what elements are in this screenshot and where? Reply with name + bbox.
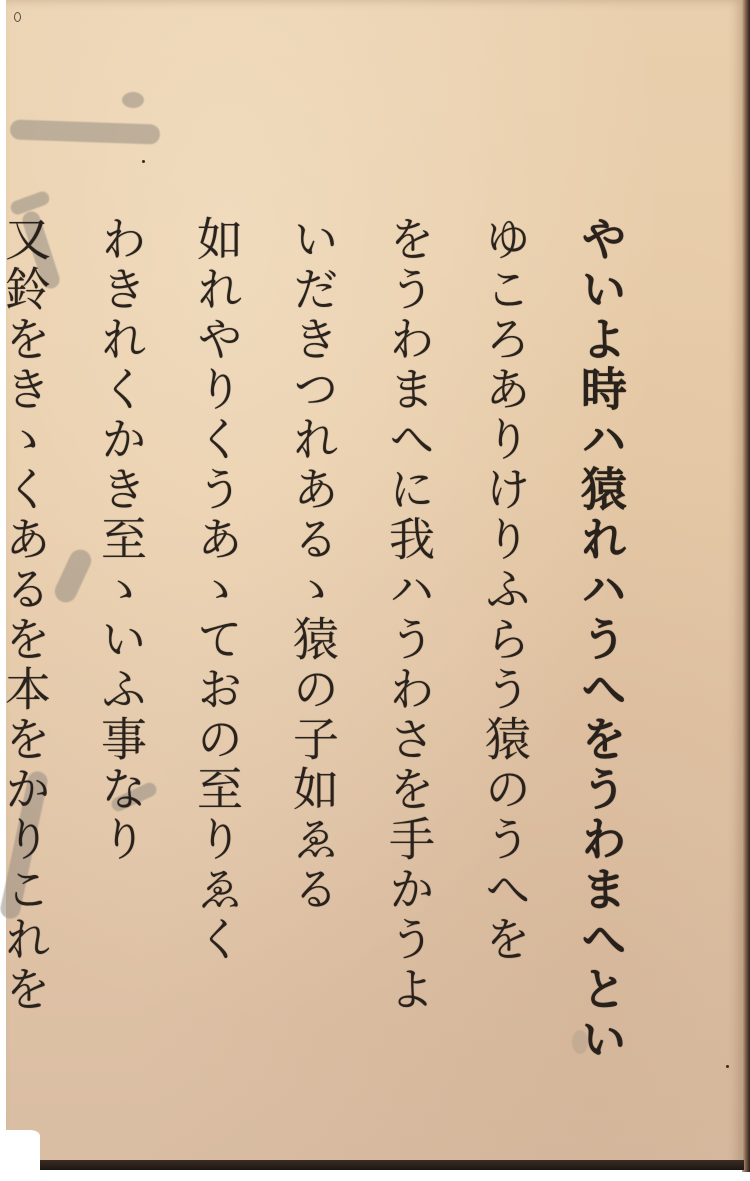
text-column-1: やいよ時ハ猿れハうへをうわまへとい — [554, 215, 624, 1135]
text-columns: やいよ時ハ猿れハうへをうわまへとい ゆころありけりふらう猿のうへを をうわまへに… — [0, 215, 624, 1135]
ink-spot — [142, 160, 145, 163]
text-column-6: わきれくかき至ゝいふ事なり — [74, 215, 144, 1135]
text-column-3: をうわまへに我ハうわさを手かうよ — [362, 215, 432, 1135]
paper-page: やいよ時ハ猿れハうへをうわまへとい ゆころありけりふらう猿のうへを をうわまへに… — [6, 0, 744, 1170]
ink-spot — [726, 1065, 729, 1068]
water-stain — [10, 119, 161, 144]
torn-corner — [6, 1130, 40, 1170]
scanned-page: やいよ時ハ猿れハうへをうわまへとい ゆころありけりふらう猿のうへを をうわまへに… — [0, 0, 750, 1181]
book-spine-edge — [742, 0, 750, 1172]
page-corner-mark — [14, 12, 21, 22]
text-column-5: 如れやりくうあゝておの至りゑく — [170, 215, 240, 1135]
page-bottom-shadow — [38, 1160, 744, 1170]
text-column-2: ゆころありけりふらう猿のうへを — [458, 215, 528, 1135]
water-stain — [122, 92, 144, 108]
text-column-7: 又鈴をきゝくあるを本をかりこれを — [0, 215, 48, 1135]
text-column-4: いだきつれあるゝ猿の子如ゑる — [266, 215, 336, 1135]
